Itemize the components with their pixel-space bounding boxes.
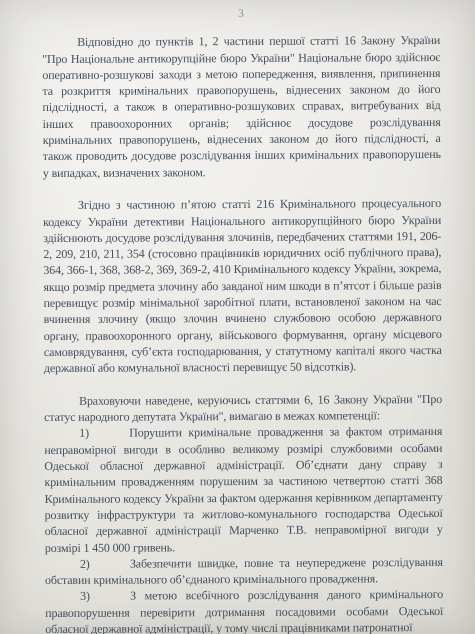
- item-text: Порушити кримінальне провадження за факт…: [44, 424, 442, 554]
- list-item-demand-3: 3)З метою всебічного розслідування даног…: [45, 586, 443, 634]
- list-item-demand-2: 2)Забезпечити швидке, повне та неупередж…: [45, 554, 443, 589]
- item-marker: 3): [80, 588, 130, 605]
- document-photo: 3 Відповідно до пунктів 1, 2 частини пер…: [0, 0, 475, 634]
- item-marker: 1): [79, 425, 129, 442]
- item-marker: 2): [80, 555, 130, 572]
- paragraph-article-216: Згідно з частиною п’ятою статті 216 Крим…: [43, 195, 442, 376]
- document-page: 3 Відповідно до пунктів 1, 2 частини пер…: [42, 5, 443, 634]
- list-item-demand-1: 1)Порушити кримінальне провадження за фа…: [44, 423, 443, 555]
- page-number: 3: [42, 5, 440, 23]
- paragraph-demand-intro: Враховуючи наведене, керуючись статтями …: [44, 391, 442, 426]
- paragraph-legal-basis-nabu: Відповідно до пунктів 1, 2 частини першо…: [42, 32, 441, 181]
